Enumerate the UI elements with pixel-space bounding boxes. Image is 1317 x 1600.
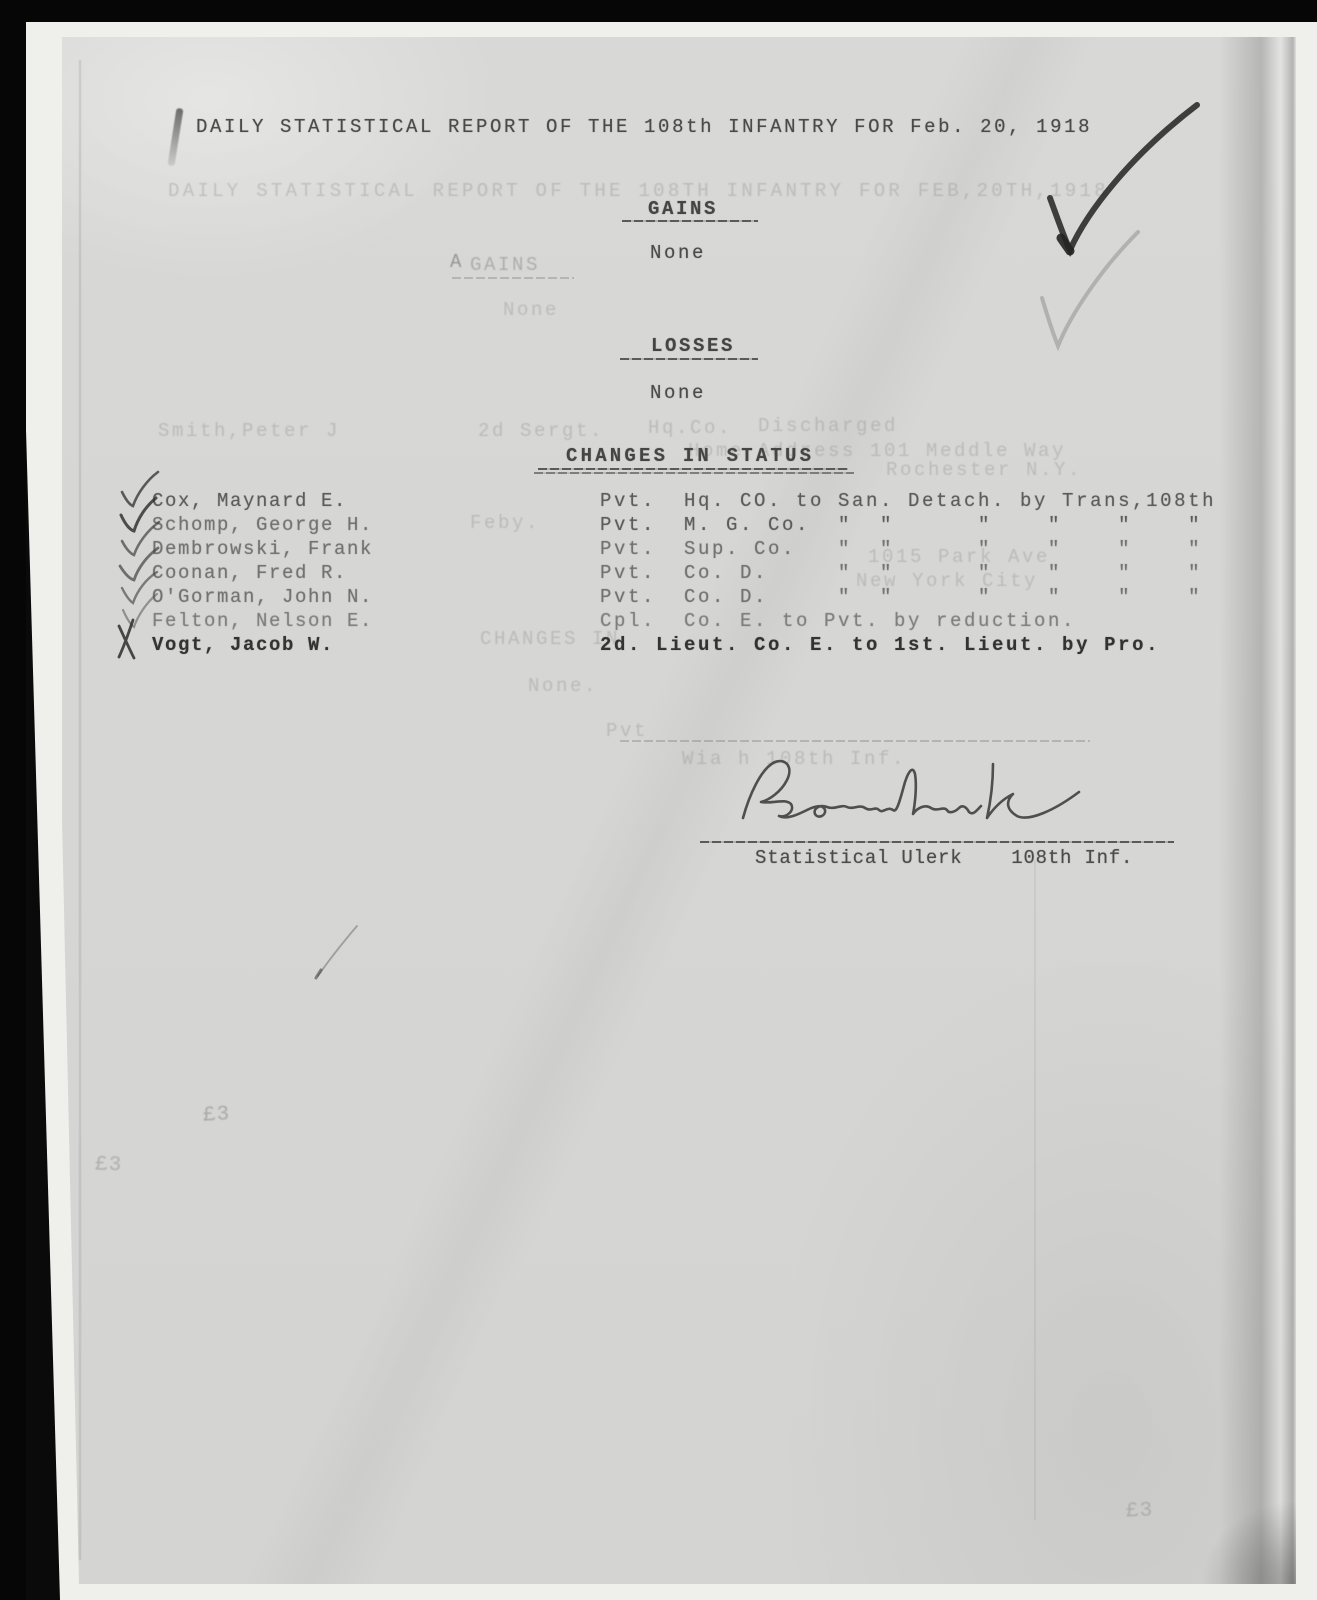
ghost-gains-value: None: [503, 299, 559, 321]
roster-detail: 2d. Lieut. Co. E. to 1st. Lieut. by Pro.: [600, 634, 1160, 656]
ghost-stamp: £3: [1126, 1500, 1154, 1524]
roster-name: Schomp, George H.: [152, 514, 373, 536]
signature-typed-line: Statistical Ulerk 108th Inf.: [755, 847, 1133, 869]
ghost-smith-rank: 2d Sergt.: [478, 420, 604, 442]
roster-row: Coonan, Fred R. Pvt. Co. D. " " " " " ": [0, 562, 1317, 586]
page-right-crease: [1219, 37, 1296, 1584]
roster-row: Felton, Nelson E. Cpl. Co. E. to Pvt. by…: [0, 610, 1317, 634]
losses-value: None: [650, 382, 706, 404]
ghost-smith-status: Discharged: [758, 415, 898, 437]
roster-name: O'Gorman, John N.: [152, 586, 373, 608]
roster-row: Cox, Maynard E. Pvt. Hq. CO. to San. Det…: [0, 490, 1317, 514]
ghost-stamp: £3: [202, 1103, 230, 1127]
ghost-gains-heading: GAINS: [470, 254, 540, 276]
scanned-document: DAILY STATISTICAL REPORT OF THE 108TH IN…: [0, 0, 1317, 1600]
ghost-smith-company: Hq.Co.: [648, 417, 732, 439]
ghost-smith-name: Smith,Peter J: [158, 420, 340, 442]
page-vertical-crease: [1034, 860, 1036, 1520]
roster-detail: Pvt. Co. D. " " " " " ": [600, 562, 1202, 584]
losses-heading: LOSSES: [651, 335, 735, 357]
roster-row: Vogt, Jacob W. 2d. Lieut. Co. E. to 1st.…: [0, 634, 1317, 658]
roster-detail: Pvt. Hq. CO. to San. Detach. by Trans,10…: [600, 490, 1216, 512]
gains-heading: GAINS: [648, 198, 718, 220]
signature-script: [735, 752, 1095, 852]
roster-detail: Pvt. M. G. Co. " " " " " ": [600, 514, 1202, 536]
signature-underline: [700, 841, 1174, 843]
roster-row: Schomp, George H. Pvt. M. G. Co. " " " "…: [0, 514, 1317, 538]
roster-name: Vogt, Jacob W.: [152, 634, 334, 656]
ghost-pvt: Pvt: [606, 720, 648, 742]
ghost-gains-underline: [452, 277, 574, 279]
roster-row: O'Gorman, John N. Pvt. Co. D. " " " " " …: [0, 586, 1317, 610]
ghost-title: DAILY STATISTICAL REPORT OF THE 108TH IN…: [168, 180, 1109, 202]
ghost-stamp: £3: [95, 1154, 123, 1178]
changes-underline-2: [534, 472, 854, 474]
gains-value: None: [650, 242, 706, 264]
roster-name: Coonan, Fred R.: [152, 562, 347, 584]
pencil-scratch-mark: [305, 918, 365, 983]
roster-name: Dembrowski, Frank: [152, 538, 373, 560]
roster-name: Felton, Nelson E.: [152, 610, 373, 632]
ghost-none-lower: None.: [528, 675, 598, 697]
page-corner-curl: [1200, 1500, 1296, 1584]
changes-underline-1: [538, 468, 848, 470]
ghost-mark-a: A: [450, 251, 464, 273]
roster-detail: Pvt. Co. D. " " " " " ": [600, 586, 1202, 608]
roster-name: Cox, Maynard E.: [152, 490, 347, 512]
losses-underline: [620, 358, 758, 360]
ghost-underline-lower: [620, 740, 1090, 742]
roster-row: Dembrowski, Frank Pvt. Sup. Co. " " " " …: [0, 538, 1317, 562]
changes-heading: CHANGES IN STATUS: [566, 445, 814, 467]
page-left-edge-line: [79, 60, 81, 1560]
roster-detail: Cpl. Co. E. to Pvt. by reduction.: [600, 610, 1076, 632]
gains-underline: [622, 220, 758, 222]
ghost-smith-city: Rochester N.Y.: [886, 459, 1082, 481]
roster-detail: Pvt. Sup. Co. " " " " " ": [600, 538, 1202, 560]
page-title: DAILY STATISTICAL REPORT OF THE 108th IN…: [196, 116, 1092, 138]
review-checkmark-ghost-icon: [1030, 218, 1150, 358]
